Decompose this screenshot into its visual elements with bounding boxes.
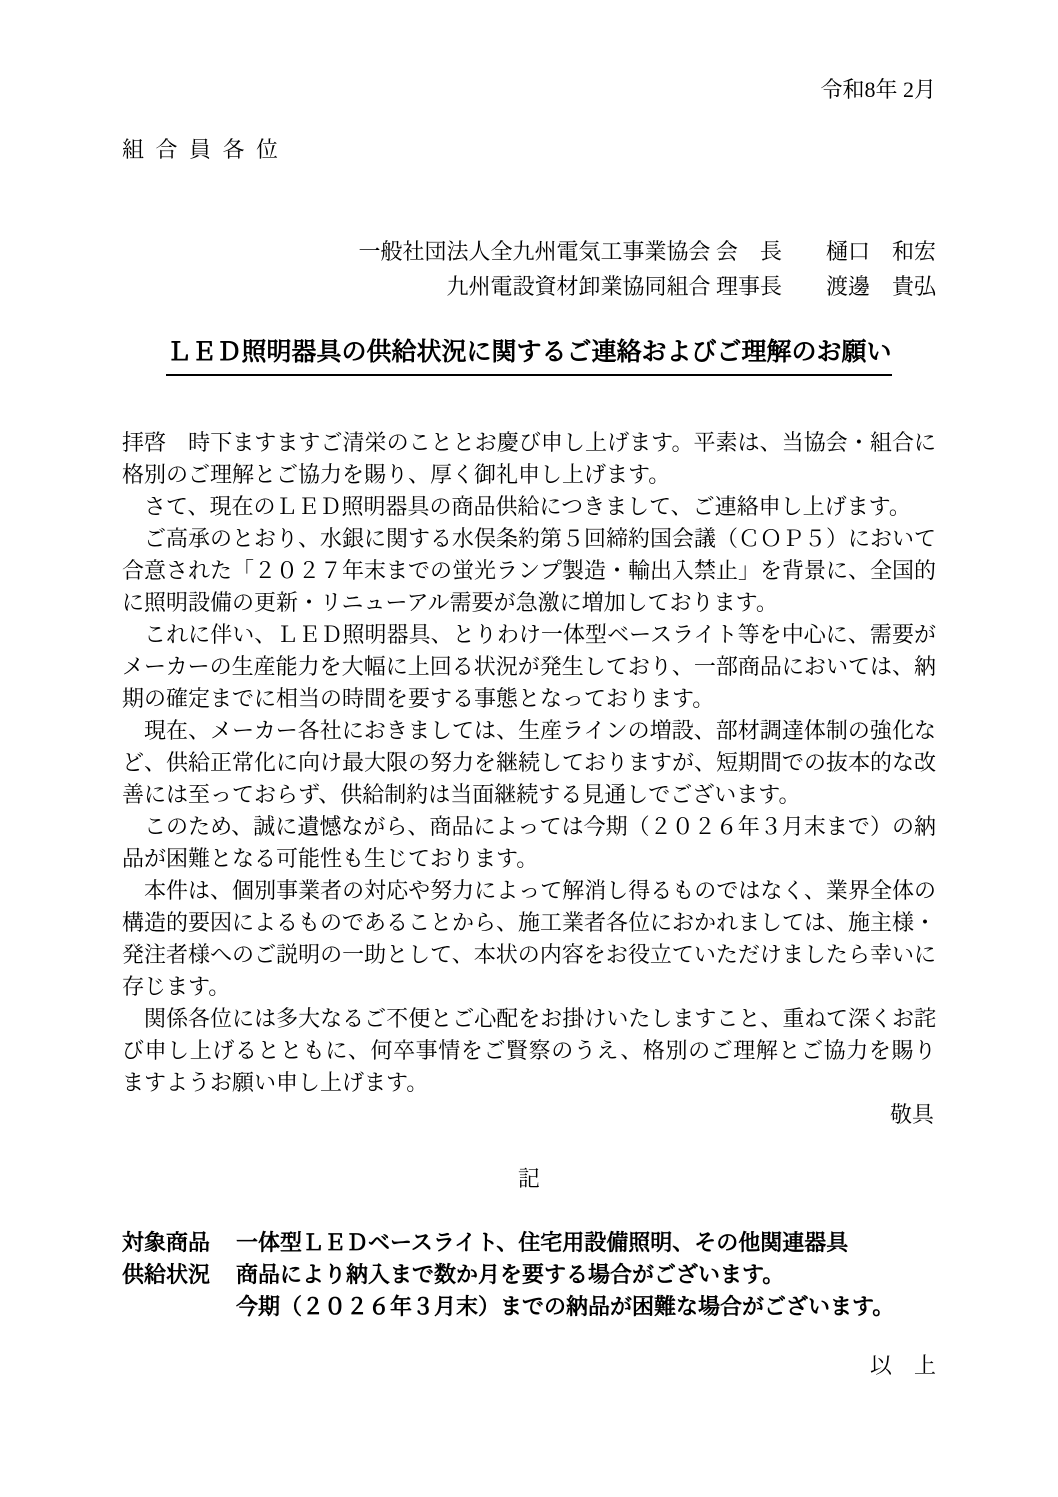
body-paragraph-7: 本件は、個別事業者の対応や努力によって解消し得るものではなく、業界全体の構造的要… [122,875,936,1003]
letter-title: ＬＥＤ照明器具の供給状況に関するご連絡およびご理解のお願い [166,336,891,376]
closing-keigu: 敬具 [122,1099,936,1131]
sender-line-1: 一般社団法人全九州電気工事業協会 会 長 樋口 和宏 [122,234,936,269]
record-item-products: 対象商品 一体型ＬＥＤベースライト、住宅用設備照明、その他関連器具 [122,1227,936,1259]
record-label-products: 対象商品 [122,1227,236,1259]
letter-recipient: 組 合 員 各 位 [122,134,936,166]
sender-block: 一般社団法人全九州電気工事業協会 会 長 樋口 和宏 九州電設資材卸業協同組合 … [122,234,936,304]
body-paragraph-3: ご高承のとおり、水銀に関する水俣条約第５回締約国会議（ＣＯＰ５）において合意され… [122,523,936,619]
body-paragraph-4: これに伴い、ＬＥＤ照明器具、とりわけ一体型ベースライト等を中心に、需要がメーカー… [122,619,936,715]
end-marker: 以 上 [122,1350,936,1382]
sender-line-2: 九州電設資材卸業協同組合 理事長 渡邊 貴弘 [122,269,936,304]
body-paragraph-2: さて、現在のＬＥＤ照明器具の商品供給につきまして、ご連絡申し上げます。 [122,491,936,523]
body-paragraph-6: このため、誠に遺憾ながら、商品によっては今期（２０２６年３月末まで）の納品が困難… [122,811,936,875]
body-paragraph-1: 拝啓 時下ますますご清栄のこととお慶び申し上げます。平素は、当協会・組合に格別の… [122,427,936,491]
record-text-supply-status: 商品により納入まで数か月を要する場合がございます。 [236,1259,936,1291]
record-item-supply-status-2: 今期（２０２６年３月末）までの納品が困難な場合がございます。 [122,1291,936,1323]
record-label-supply-status: 供給状況 [122,1259,236,1291]
record-label-empty [122,1291,236,1323]
letter-date: 令和8年 2月 [122,74,936,106]
letter-page: 令和8年 2月 組 合 員 各 位 一般社団法人全九州電気工事業協会 会 長 樋… [0,0,1058,1497]
record-item-supply-status: 供給状況 商品により納入まで数か月を要する場合がございます。 [122,1259,936,1291]
letter-title-block: ＬＥＤ照明器具の供給状況に関するご連絡およびご理解のお願い [122,336,936,376]
body-paragraph-5: 現在、メーカー各社におきましては、生産ラインの増設、部材調達体制の強化など、供給… [122,715,936,811]
record-text-supply-status-2: 今期（２０２６年３月末）までの納品が困難な場合がございます。 [236,1291,936,1323]
record-block: 対象商品 一体型ＬＥＤベースライト、住宅用設備照明、その他関連器具 供給状況 商… [122,1227,936,1323]
letter-body: 拝啓 時下ますますご清栄のこととお慶び申し上げます。平素は、当協会・組合に格別の… [122,427,936,1099]
record-text-products: 一体型ＬＥＤベースライト、住宅用設備照明、その他関連器具 [236,1227,936,1259]
record-heading: 記 [122,1163,936,1195]
body-paragraph-8: 関係各位には多大なるご不便とご心配をお掛けいたしますこと、重ねて深くお詫び申し上… [122,1003,936,1099]
